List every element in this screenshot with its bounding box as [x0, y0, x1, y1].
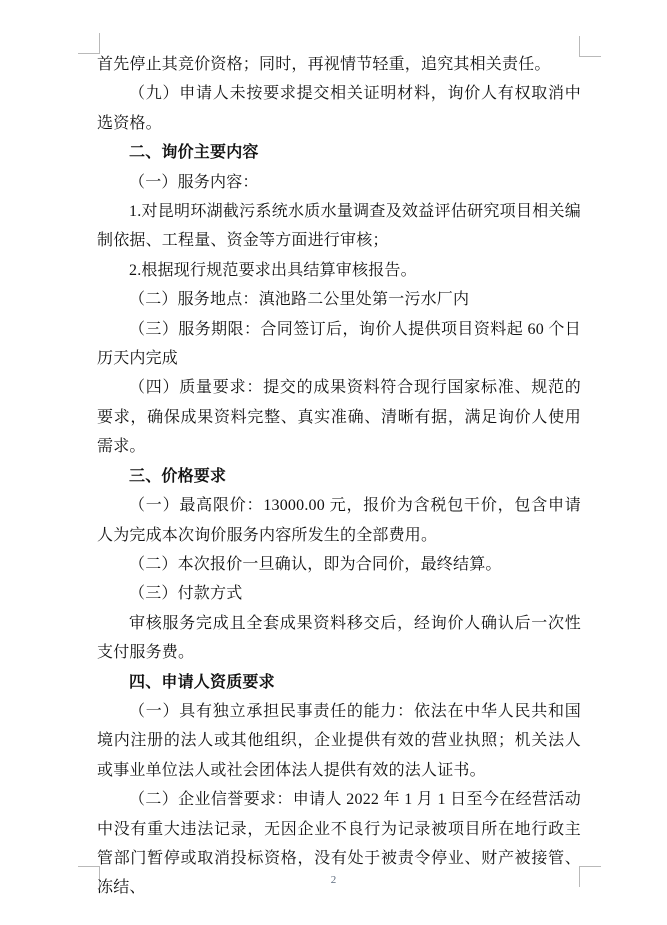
crop-mark-top-right — [579, 36, 601, 57]
paragraph: （二）服务地点：滇池路二公里处第一污水厂内 — [97, 285, 581, 314]
paragraph: （三）付款方式 — [97, 579, 581, 608]
section-heading: 二、询价主要内容 — [97, 138, 581, 167]
section-heading: 四、申请人资质要求 — [97, 668, 581, 697]
paragraph: （三）服务期限：合同签订后，询价人提供项目资料起 60 个日历天内完成 — [97, 315, 581, 374]
paragraph: 首先停止其竞价资格；同时，再视情节轻重，追究其相关责任。 — [97, 50, 581, 79]
paragraph: 2.根据现行规范要求出具结算审核报告。 — [97, 256, 581, 285]
section-heading: 三、价格要求 — [97, 462, 581, 491]
paragraph: （九）申请人未按要求提交相关证明材料，询价人有权取消中选资格。 — [97, 79, 581, 138]
page-number: 2 — [0, 874, 667, 886]
paragraph: （一）具有独立承担民事责任的能力：依法在中华人民共和国境内注册的法人或其他组织，… — [97, 697, 581, 785]
paragraph: 审核服务完成且全套成果资料移交后，经询价人确认后一次性支付服务费。 — [97, 609, 581, 668]
paragraph: 1.对昆明环湖截污系统水质水量调查及效益评估研究项目相关编制依据、工程量、资金等… — [97, 197, 581, 256]
paragraph: （二）本次报价一旦确认，即为合同价，最终结算。 — [97, 550, 581, 579]
document-page: 首先停止其竞价资格；同时，再视情节轻重，追究其相关责任。 （九）申请人未按要求提… — [0, 0, 667, 925]
paragraph: （四）质量要求：提交的成果资料符合现行国家标准、规范的要求，确保成果资料完整、真… — [97, 373, 581, 461]
paragraph: （一）最高限价：13000.00 元，报价为含税包干价，包含申请人为完成本次询价… — [97, 491, 581, 550]
paragraph: （一）服务内容： — [97, 168, 581, 197]
document-body: 首先停止其竞价资格；同时，再视情节轻重，追究其相关责任。 （九）申请人未按要求提… — [97, 50, 581, 903]
